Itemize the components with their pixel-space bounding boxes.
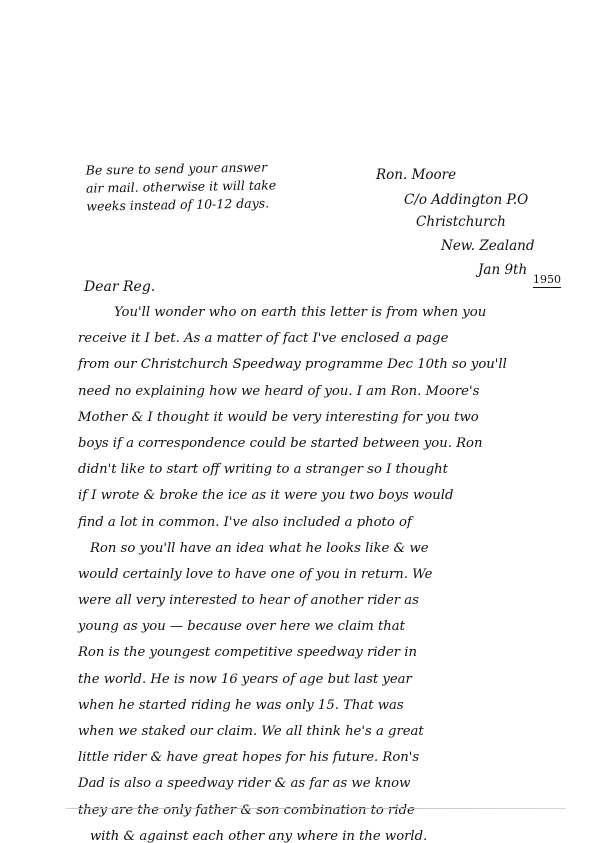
body-line: Mother & I thought it would be very inte… [78, 405, 578, 431]
body-line: the world. He is now 16 years of age but… [78, 667, 578, 693]
letter-year: 1950 [533, 273, 561, 288]
body-line: boys if a correspondence could be starte… [78, 431, 578, 457]
address-city: Christchurch [416, 214, 506, 230]
page-fold-line [66, 808, 566, 809]
body-line: were all very interested to hear of anot… [78, 588, 578, 614]
body-line: need no explaining how we heard of you. … [78, 379, 578, 405]
body-line: if I wrote & broke the ice as it were yo… [78, 483, 578, 509]
address-country: New. Zealand [441, 238, 534, 254]
body-line: find a lot in common. I've also included… [78, 510, 578, 536]
body-line: would certainly love to have one of you … [78, 562, 578, 588]
body-line: You'll wonder who on earth this letter i… [78, 300, 578, 326]
body-line: Ron is the youngest competitive speedway… [78, 640, 578, 666]
letter-page: Be sure to send your answer air mail. ot… [0, 0, 596, 843]
sender-name: Ron. Moore [376, 167, 456, 183]
body-line: didn't like to start off writing to a st… [78, 457, 578, 483]
body-line: receive it I bet. As a matter of fact I'… [78, 326, 578, 352]
salutation: Dear Reg. [84, 279, 155, 295]
body-line: from our Christchurch Speedway programme… [78, 352, 578, 378]
body-line: they are the only father & son combinati… [78, 798, 578, 824]
body-line: Ron so you'll have an idea what he looks… [78, 536, 578, 562]
address-line: C/o Addington P.O [404, 192, 528, 208]
body-line: young as you — because over here we clai… [78, 614, 578, 640]
letter-date: Jan 9th [478, 262, 527, 278]
body-line: Dad is also a speedway rider & as far as… [78, 771, 578, 797]
body-line: when he started riding he was only 15. T… [78, 693, 578, 719]
body-line: with & against each other any where in t… [78, 824, 578, 843]
body-line: little rider & have great hopes for his … [78, 745, 578, 771]
airmail-note-line: weeks instead of 10-12 days. [86, 194, 277, 215]
airmail-note: Be sure to send your answer air mail. ot… [86, 158, 277, 215]
letter-body: You'll wonder who on earth this letter i… [78, 300, 578, 843]
body-line: when we staked our claim. We all think h… [78, 719, 578, 745]
